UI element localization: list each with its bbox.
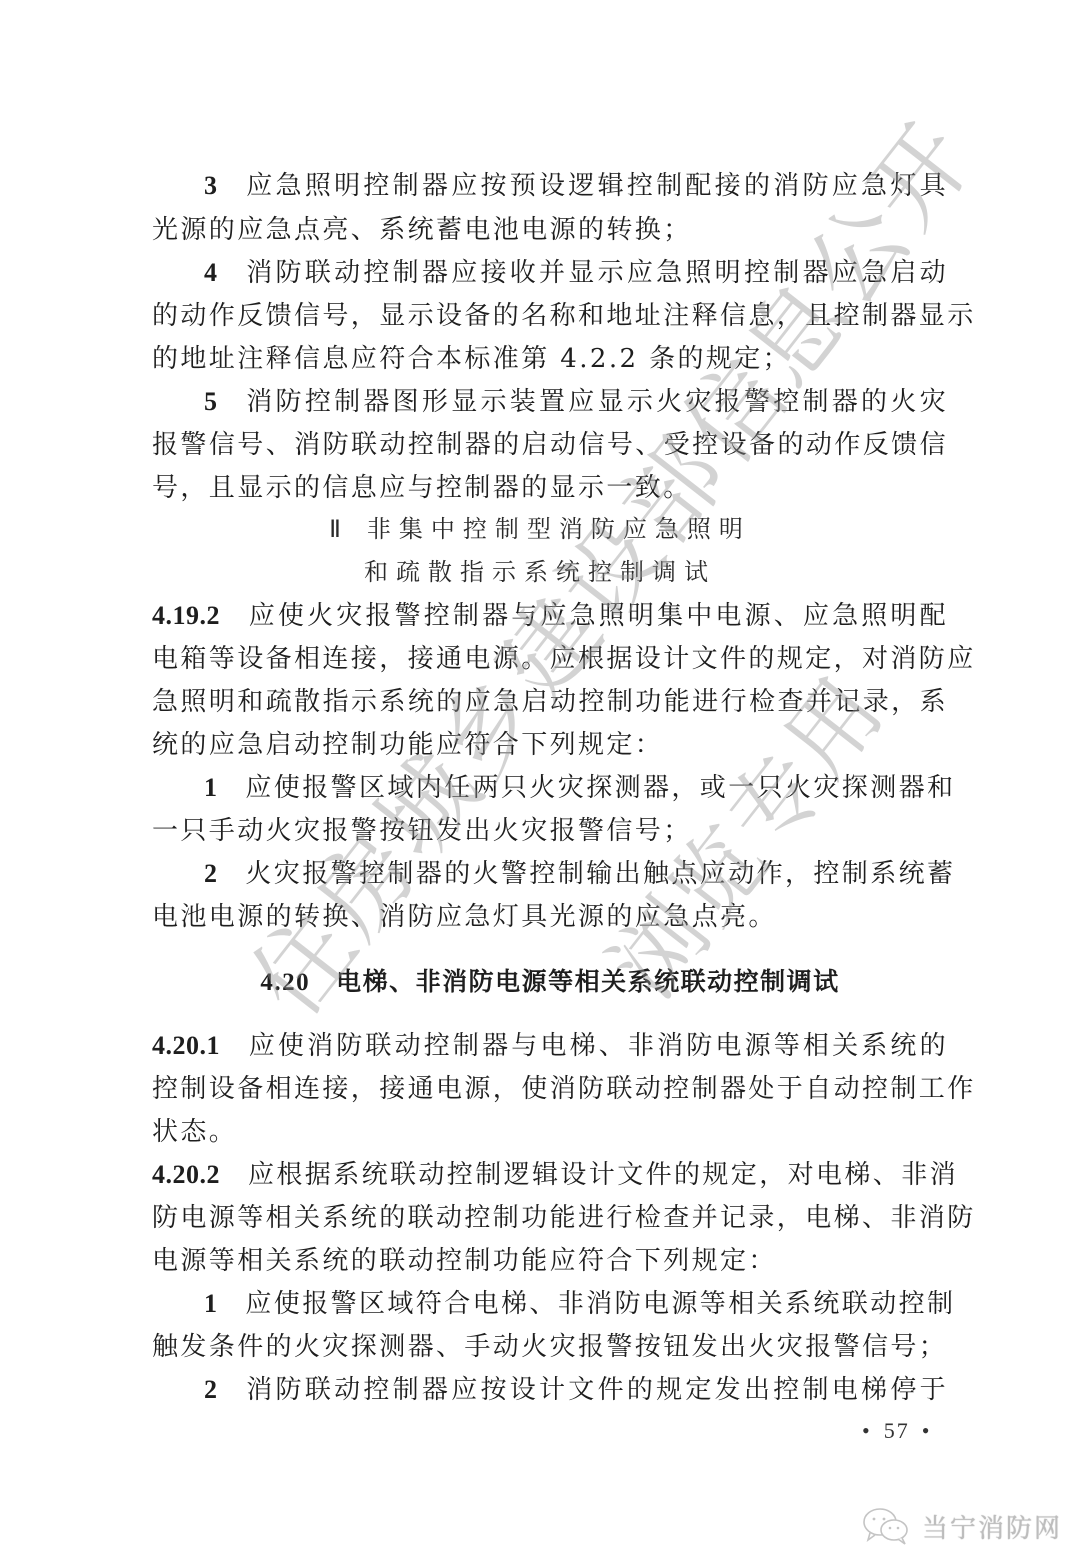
list-item-3-line-1: 3应急照明控制器应按预设逻辑控制配接的消防应急灯具 bbox=[204, 164, 948, 208]
sub-item-1-line-2: 触发条件的火灾探测器、手动火灾报警按钮发出火灾报警信号； bbox=[152, 1325, 948, 1369]
section-number: 4.20 bbox=[260, 969, 310, 996]
section-heading: 4.20电梯、非消防电源等相关系统联动控制调试 bbox=[0, 960, 1080, 1005]
sub-item-2-line-1: 2消防联动控制器应按设计文件的规定发出控制电梯停于 bbox=[204, 1368, 948, 1412]
list-item-5-line-1: 5消防控制器图形显示装置应显示火灾报警控制器的火灾 bbox=[204, 380, 948, 424]
item-number: 5 bbox=[204, 380, 219, 424]
list-item-4-line-2: 的动作反馈信号，显示设备的名称和地址注释信息，且控制器显示 bbox=[152, 294, 948, 338]
wechat-account-mark: 当宁消防网 bbox=[860, 1506, 1062, 1546]
list-item-5-line-3: 号，且显示的信息应与控制器的显示一致。 bbox=[152, 466, 948, 510]
clause-number: 4.20.1 bbox=[152, 1024, 220, 1068]
sub-item-1-line-2: 一只手动火灾报警按钮发出火灾报警信号； bbox=[152, 809, 948, 853]
section-title: 电梯、非消防电源等相关系统联动控制调试 bbox=[336, 967, 840, 996]
item-number: 1 bbox=[204, 766, 219, 810]
clause-4-19-2-line-3: 急照明和疏散指示系统的应急启动控制功能进行检查并记录，系 bbox=[152, 680, 948, 724]
item-number: 2 bbox=[204, 1368, 219, 1412]
sub-item-2-line-1: 2火灾报警控制器的火警控制输出触点应动作，控制系统蓄 bbox=[204, 852, 948, 896]
page-number: •57• bbox=[850, 1418, 943, 1444]
sub-item-1-line-1: 1应使报警区域内任两只火灾探测器，或一只火灾探测器和 bbox=[204, 766, 948, 810]
clause-4-20-2-line-2: 防电源等相关系统的联动控制功能进行检查并记录，电梯、非消防 bbox=[152, 1196, 948, 1240]
clause-4-19-2-line-1: 4.19.2应使火灾报警控制器与应急照明集中电源、应急照明配 bbox=[152, 594, 948, 638]
wechat-account-name: 当宁消防网 bbox=[922, 1508, 1062, 1545]
clause-4-20-1-line-1: 4.20.1应使消防联动控制器与电梯、非消防电源等相关系统的 bbox=[152, 1024, 948, 1068]
subsection-heading-line-2: 和疏散指示系统控制调试 bbox=[0, 552, 1080, 592]
sub-item-1-line-1: 1应使报警区域符合电梯、非消防电源等相关系统联动控制 bbox=[204, 1282, 948, 1326]
wechat-icon bbox=[860, 1506, 914, 1546]
document-page: 3应急照明控制器应按预设逻辑控制配接的消防应急灯具 光源的应急点亮、系统蓄电池电… bbox=[0, 0, 1080, 1566]
list-item-5-line-2: 报警信号、消防联动控制器的启动信号、受控设备的动作反馈信 bbox=[152, 423, 948, 467]
clause-4-20-1-line-2: 控制设备相连接，接通电源，使消防联动控制器处于自动控制工作 bbox=[152, 1067, 948, 1111]
item-number: 2 bbox=[204, 852, 219, 896]
list-item-4-line-3: 的地址注释信息应符合本标准第 4.2.2 条的规定； bbox=[152, 337, 948, 381]
subsection-heading-line-1: Ⅱ非集中控制型消防应急照明 bbox=[0, 509, 1080, 550]
clause-4-20-1-line-3: 状态。 bbox=[152, 1110, 948, 1154]
clause-4-20-2-line-3: 电源等相关系统的联动控制功能应符合下列规定： bbox=[152, 1239, 948, 1283]
sub-item-2-line-2: 电池电源的转换、消防应急灯具光源的应急点亮。 bbox=[152, 895, 948, 939]
item-number: 3 bbox=[204, 164, 219, 208]
list-item-3-line-2: 光源的应急点亮、系统蓄电池电源的转换； bbox=[152, 208, 948, 252]
clause-number: 4.20.2 bbox=[152, 1153, 220, 1197]
clause-4-19-2-line-2: 电箱等设备相连接，接通电源。应根据设计文件的规定，对消防应 bbox=[152, 637, 948, 681]
item-number: 1 bbox=[204, 1282, 219, 1326]
clause-number: 4.19.2 bbox=[152, 594, 220, 638]
subsection-roman-numeral: Ⅱ bbox=[329, 517, 341, 543]
clause-4-20-2-line-1: 4.20.2应根据系统联动控制逻辑设计文件的规定，对电梯、非消 bbox=[152, 1153, 948, 1197]
item-number: 4 bbox=[204, 251, 219, 295]
list-item-4-line-1: 4消防联动控制器应接收并显示应急照明控制器应急启动 bbox=[204, 251, 948, 295]
clause-4-19-2-line-4: 统的应急启动控制功能应符合下列规定： bbox=[152, 723, 948, 767]
